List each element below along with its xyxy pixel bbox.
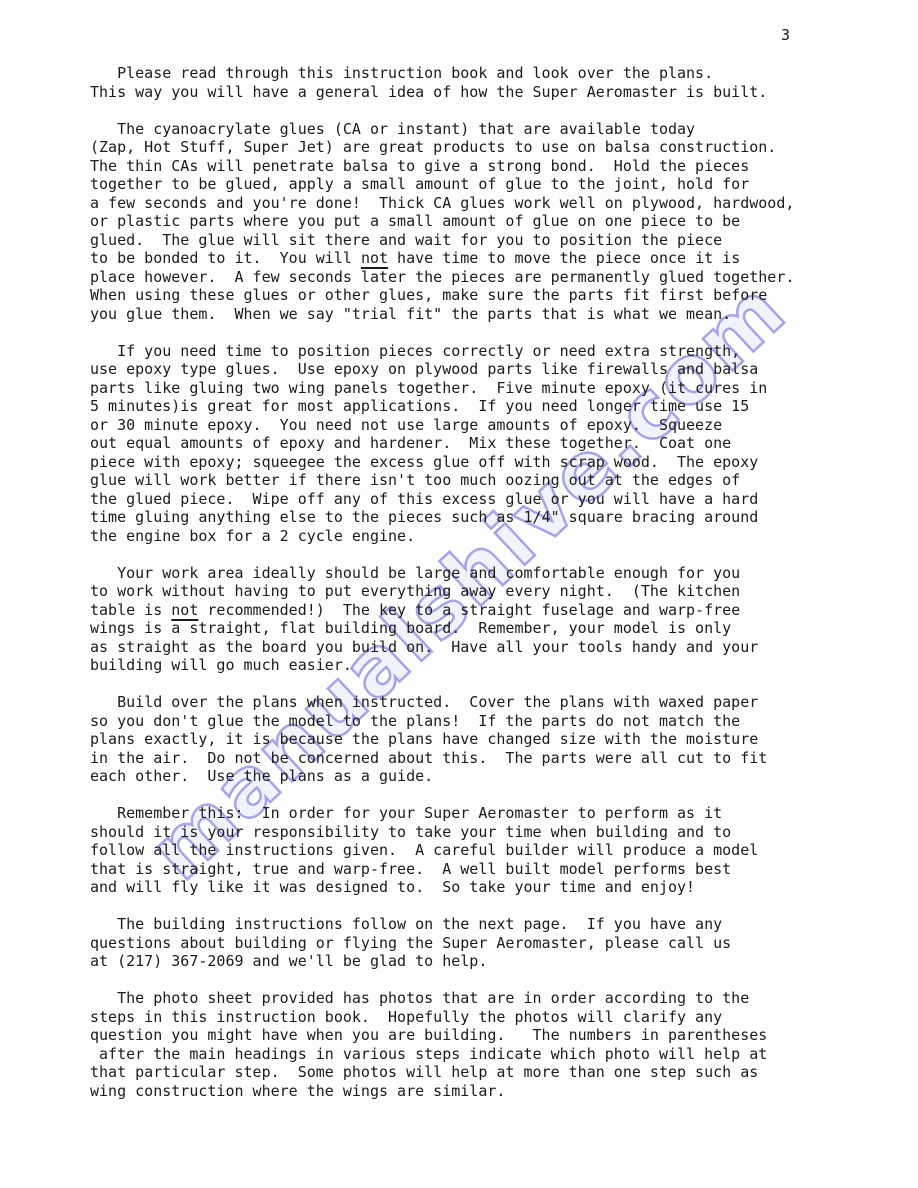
text-segment: The building instructions follow on the …	[90, 915, 722, 933]
text-segment: each other. Use the plans as a guide.	[90, 767, 433, 785]
text-line: together to be glued, apply a small amou…	[90, 175, 794, 194]
text-line: use epoxy type glues. Use epoxy on plywo…	[90, 360, 794, 379]
text-segment: or 30 minute epoxy. You need not use lar…	[90, 416, 722, 434]
paragraph: Your work area ideally should be large a…	[90, 564, 794, 675]
text-line: wing construction where the wings are si…	[90, 1082, 794, 1101]
paragraph: If you need time to position pieces corr…	[90, 342, 794, 546]
text-line: building will go much easier.	[90, 656, 794, 675]
text-line: The thin CAs will penetrate balsa to giv…	[90, 157, 794, 176]
text-line: that particular step. Some photos will h…	[90, 1063, 794, 1082]
text-segment: place however. A few seconds later the p…	[90, 268, 794, 286]
text-segment: question you might have when you are bui…	[90, 1026, 767, 1044]
text-line: 5 minutes)is great for most applications…	[90, 397, 794, 416]
text-segment: glued. The glue will sit there and wait …	[90, 231, 722, 249]
document-page: manualshive.com 3 Please read through th…	[0, 0, 918, 1188]
paragraph: Remember this: In order for your Super A…	[90, 804, 794, 897]
paragraph: Build over the plans when instructed. Co…	[90, 693, 794, 786]
text-line: out equal amounts of epoxy and hardener.…	[90, 434, 794, 453]
text-segment: If you need time to position pieces corr…	[90, 342, 740, 360]
text-line: place however. A few seconds later the p…	[90, 268, 794, 287]
text-line: so you don't glue the model to the plans…	[90, 712, 794, 731]
text-line: to be bonded to it. You will not have ti…	[90, 249, 794, 268]
text-line: piece with epoxy; squeegee the excess gl…	[90, 453, 794, 472]
text-line: If you need time to position pieces corr…	[90, 342, 794, 361]
text-segment: wings is a straight, flat building board…	[90, 619, 731, 637]
text-segment: Remember this: In order for your Super A…	[90, 804, 722, 822]
paragraph: The building instructions follow on the …	[90, 915, 794, 971]
text-segment: that particular step. Some photos will h…	[90, 1063, 758, 1081]
text-line: you glue them. When we say "trial fit" t…	[90, 305, 794, 324]
text-segment: The thin CAs will penetrate balsa to giv…	[90, 157, 749, 175]
text-line: the engine box for a 2 cycle engine.	[90, 527, 794, 546]
text-segment: to be bonded to it. You will	[90, 249, 361, 267]
text-line: time gluing anything else to the pieces …	[90, 508, 794, 527]
text-line: parts like gluing two wing panels togeth…	[90, 379, 794, 398]
text-line: the glued piece. Wipe off any of this ex…	[90, 490, 794, 509]
text-line: When using these glues or other glues, m…	[90, 286, 794, 305]
text-segment: at (217) 367-2069 and we'll be glad to h…	[90, 952, 487, 970]
text-segment: Please read through this instruction boo…	[90, 64, 713, 82]
text-segment: When using these glues or other glues, m…	[90, 286, 767, 304]
text-segment: should it is your responsibility to take…	[90, 823, 731, 841]
text-segment: Build over the plans when instructed. Co…	[90, 693, 758, 711]
text-segment: The photo sheet provided has photos that…	[90, 989, 749, 1007]
text-line: in the air. Do not be concerned about th…	[90, 749, 794, 768]
text-segment: table is	[90, 601, 171, 619]
text-segment: building will go much easier.	[90, 656, 352, 674]
paragraph: The photo sheet provided has photos that…	[90, 989, 794, 1100]
text-segment: The cyanoacrylate glues (CA or instant) …	[90, 120, 695, 138]
text-line: steps in this instruction book. Hopefull…	[90, 1008, 794, 1027]
text-line: after the main headings in various steps…	[90, 1045, 794, 1064]
text-segment: plans exactly, it is because the plans h…	[90, 730, 758, 748]
text-segment: so you don't glue the model to the plans…	[90, 712, 740, 730]
text-line: each other. Use the plans as a guide.	[90, 767, 794, 786]
text-segment: and will fly like it was designed to. So…	[90, 878, 695, 896]
document-body: Please read through this instruction boo…	[90, 64, 794, 1119]
text-segment: follow all the instructions given. A car…	[90, 841, 758, 859]
text-segment: together to be glued, apply a small amou…	[90, 175, 749, 193]
text-segment: (Zap, Hot Stuff, Super Jet) are great pr…	[90, 138, 776, 156]
text-line: to work without having to put everything…	[90, 582, 794, 601]
text-line: Build over the plans when instructed. Co…	[90, 693, 794, 712]
text-segment: 5 minutes)is great for most applications…	[90, 397, 749, 415]
text-line: Remember this: In order for your Super A…	[90, 804, 794, 823]
text-line: that is straight, true and warp-free. A …	[90, 860, 794, 879]
text-segment: a few seconds and you're done! Thick CA …	[90, 194, 794, 212]
text-segment: Your work area ideally should be large a…	[90, 564, 740, 582]
text-line: This way you will have a general idea of…	[90, 83, 794, 102]
text-segment: questions about building or flying the S…	[90, 934, 731, 952]
text-line: The cyanoacrylate glues (CA or instant) …	[90, 120, 794, 139]
text-segment: use epoxy type glues. Use epoxy on plywo…	[90, 360, 758, 378]
underlined-word: not	[171, 601, 198, 619]
text-line: question you might have when you are bui…	[90, 1026, 794, 1045]
text-line: should it is your responsibility to take…	[90, 823, 794, 842]
text-line: Your work area ideally should be large a…	[90, 564, 794, 583]
text-segment: steps in this instruction book. Hopefull…	[90, 1008, 722, 1026]
text-segment: piece with epoxy; squeegee the excess gl…	[90, 453, 758, 471]
text-line: plans exactly, it is because the plans h…	[90, 730, 794, 749]
text-line: a few seconds and you're done! Thick CA …	[90, 194, 794, 213]
text-segment: wing construction where the wings are si…	[90, 1082, 505, 1100]
text-segment: after the main headings in various steps…	[90, 1045, 767, 1063]
text-line: at (217) 367-2069 and we'll be glad to h…	[90, 952, 794, 971]
text-line: table is not recommended!) The key to a …	[90, 601, 794, 620]
text-line: glued. The glue will sit there and wait …	[90, 231, 794, 250]
paragraph: Please read through this instruction boo…	[90, 64, 794, 101]
text-line: and will fly like it was designed to. So…	[90, 878, 794, 897]
text-line: or 30 minute epoxy. You need not use lar…	[90, 416, 794, 435]
text-segment: the engine box for a 2 cycle engine.	[90, 527, 415, 545]
text-segment: the glued piece. Wipe off any of this ex…	[90, 490, 758, 508]
text-line: as straight as the board you build on. H…	[90, 638, 794, 657]
paragraph: The cyanoacrylate glues (CA or instant) …	[90, 120, 794, 324]
text-line: The photo sheet provided has photos that…	[90, 989, 794, 1008]
text-segment: that is straight, true and warp-free. A …	[90, 860, 731, 878]
text-line: (Zap, Hot Stuff, Super Jet) are great pr…	[90, 138, 794, 157]
text-line: Please read through this instruction boo…	[90, 64, 794, 83]
text-segment: This way you will have a general idea of…	[90, 83, 767, 101]
text-segment: or plastic parts where you put a small a…	[90, 212, 740, 230]
text-segment: to work without having to put everything…	[90, 582, 740, 600]
underlined-word: not	[361, 249, 388, 267]
page-number: 3	[781, 26, 790, 45]
text-line: wings is a straight, flat building board…	[90, 619, 794, 638]
text-segment: you glue them. When we say "trial fit" t…	[90, 305, 731, 323]
text-line: glue will work better if there isn't too…	[90, 471, 794, 490]
text-segment: in the air. Do not be concerned about th…	[90, 749, 767, 767]
text-segment: recommended!) The key to a straight fuse…	[198, 601, 740, 619]
text-line: or plastic parts where you put a small a…	[90, 212, 794, 231]
text-line: questions about building or flying the S…	[90, 934, 794, 953]
text-segment: parts like gluing two wing panels togeth…	[90, 379, 767, 397]
text-segment: have time to move the piece once it is	[388, 249, 740, 267]
text-segment: glue will work better if there isn't too…	[90, 471, 740, 489]
text-segment: time gluing anything else to the pieces …	[90, 508, 758, 526]
text-line: The building instructions follow on the …	[90, 915, 794, 934]
text-segment: as straight as the board you build on. H…	[90, 638, 758, 656]
text-segment: out equal amounts of epoxy and hardener.…	[90, 434, 731, 452]
text-line: follow all the instructions given. A car…	[90, 841, 794, 860]
